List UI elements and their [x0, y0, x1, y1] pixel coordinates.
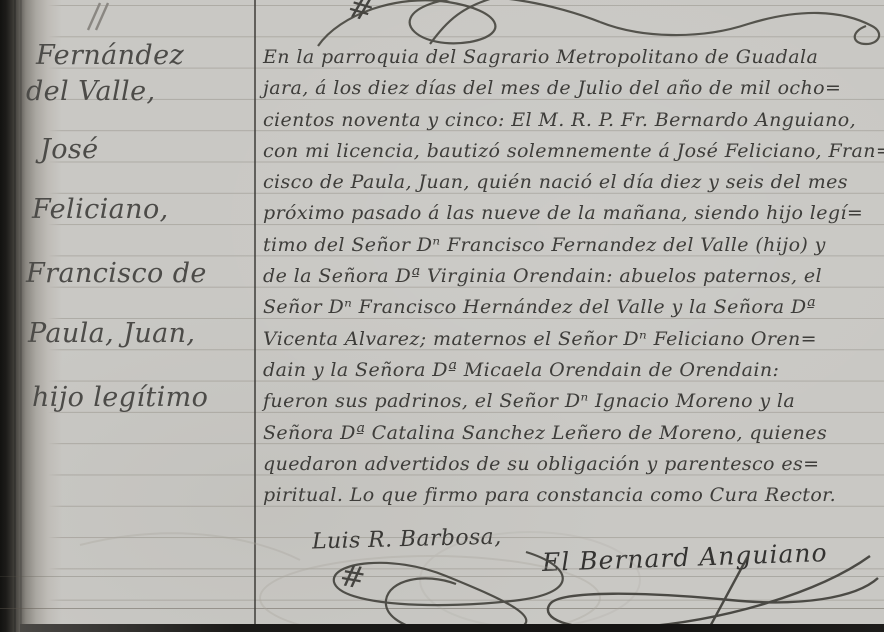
margin-name-line: Paula, Juan,	[28, 318, 195, 349]
body-line: cisco de Paula, Juan, quién nació el día…	[263, 167, 877, 198]
body-line: quedaron advertidos de su obligación y p…	[263, 449, 877, 480]
record-body-text: En la parroquia del Sagrario Metropolita…	[263, 42, 877, 511]
ruled-line-dark	[0, 576, 884, 577]
body-line: cientos noventa y cinco: El M. R. P. Fr.…	[263, 105, 877, 136]
ruled-line-dark	[0, 608, 884, 609]
body-line: En la parroquia del Sagrario Metropolita…	[263, 42, 877, 73]
body-line: timo del Señor Dⁿ Francisco Fernandez de…	[263, 230, 877, 261]
margin-name-line: del Valle,	[26, 76, 155, 107]
margin-name-line: Fernández	[36, 40, 184, 71]
margin-divider-line	[254, 0, 256, 624]
body-line: piritual. Lo que firmo para constancia c…	[263, 480, 877, 511]
rubric-flourish-top	[318, 0, 879, 46]
signature-bernardo-anguiano: El Bernard Anguiano	[542, 538, 828, 577]
hash-mark-bottom: #	[337, 558, 368, 597]
body-line: fueron sus padrinos, el Señor Dⁿ Ignacio…	[263, 386, 877, 417]
body-line: con mi licencia, bautizó solemnemente á …	[263, 136, 877, 167]
signature-luis-r-barbosa: Luis R. Barbosa,	[312, 525, 502, 555]
margin-name-line: Francisco de	[26, 258, 207, 289]
binding-streak	[20, 0, 22, 632]
rubric-flourish-bottom-left	[334, 552, 563, 632]
register-page-scan: Fernández del Valle, José Feliciano, Fra…	[0, 0, 884, 632]
margin-name-line: hijo legítimo	[32, 382, 208, 413]
binding-streak	[14, 0, 16, 632]
body-line: dain y la Señora Dª Micaela Orendain de …	[263, 355, 877, 386]
corner-mark	[88, 3, 108, 30]
body-line: Señora Dª Catalina Sanchez Leñero de Mor…	[263, 418, 877, 449]
margin-name-line: Feliciano,	[32, 194, 169, 225]
page-bottom-edge-shadow	[20, 624, 884, 632]
body-line: Señor Dⁿ Francisco Hernández del Valle y…	[263, 292, 877, 323]
body-line: de la Señora Dª Virginia Orendain: abuel…	[263, 261, 877, 292]
body-line: próximo pasado á las nueve de la mañana,…	[263, 198, 877, 229]
margin-name-line: José	[40, 134, 99, 165]
body-line: jara, á los diez días del mes de Julio d…	[263, 73, 877, 104]
body-line: Vicenta Alvarez; maternos el Señor Dⁿ Fe…	[263, 324, 877, 355]
hash-mark-top: #	[344, 0, 378, 30]
